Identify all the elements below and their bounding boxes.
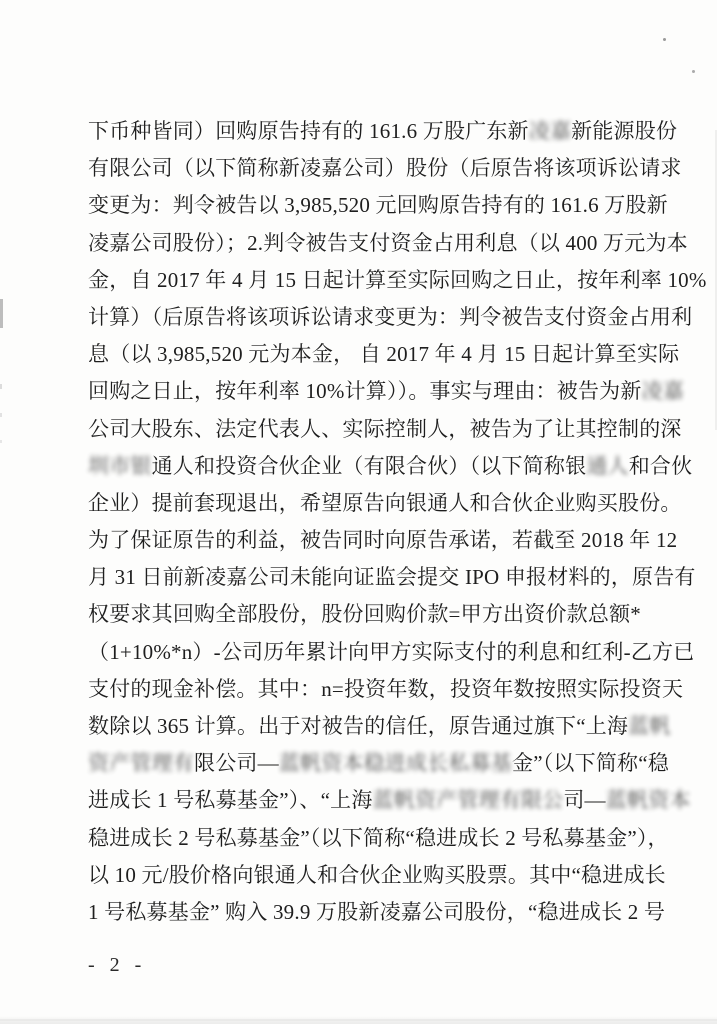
text-segment: 1 号私募基金” 购入 39.9 万股新凌嘉公司股份，“稳进成长 2 号 [88, 900, 665, 924]
scan-edge-mark [0, 440, 2, 443]
text-line: 支付的现金补偿。其中：n=投资年数，投资年数按照实际投资天 [88, 671, 641, 708]
text-line: 权要求其回购全部股份，股份回购价款=甲方出资价款总额* [88, 596, 641, 633]
redacted-text: 资产管理有 [88, 751, 194, 775]
text-line: 息（以 3,985,520 元为本金， 自 2017 年 4 月 15 日起计算… [88, 336, 641, 373]
text-segment: 回购之日止，按年利率 10%计算））。事实与理由：被告为新 [88, 379, 642, 403]
redacted-text: 凌嘉 [529, 119, 571, 143]
text-line: 企业）提前套现退出，希望原告向银通人和合伙企业购买股份。 [88, 485, 641, 522]
text-line: 公司大股东、法定代表人、实际控制人，被告为了让其控制的深 [88, 411, 641, 448]
text-segment: 和合伙 [629, 454, 693, 478]
redacted-text: 圳市银 [88, 454, 152, 478]
text-segment: 支付的现金补偿。其中：n=投资年数，投资年数按照实际投资天 [88, 677, 683, 701]
text-segment: 限公司— [194, 751, 279, 775]
redacted-text: 蓝帆资本 [606, 788, 691, 812]
text-segment: 金，自 2017 年 4 月 15 日起计算至实际回购之日止，按年利率 10% [88, 268, 707, 292]
page-number: - 2 - [88, 954, 146, 977]
document-text: 下币种皆同）回购原告持有的 161.6 万股广东新凌嘉新能源股份有限公司（以下简… [88, 113, 641, 931]
scan-edge-mark [0, 384, 2, 389]
text-line: 1 号私募基金” 购入 39.9 万股新凌嘉公司股份，“稳进成长 2 号 [88, 894, 641, 931]
text-line: 凌嘉公司股份）；2.判令被告支付资金占用利息（以 400 万元为本 [88, 225, 641, 262]
text-line: 数除以 365 计算。出于对被告的信任，原告通过旗下“上海蓝帆 [88, 708, 641, 745]
redacted-text: 蓝帆资产管理有限公 [373, 788, 564, 812]
text-segment: 公司大股东、法定代表人、实际控制人，被告为了让其控制的深 [88, 417, 682, 441]
scan-edge-mark [0, 299, 3, 328]
redacted-text: 通人 [586, 454, 628, 478]
text-line: 有限公司（以下简称新凌嘉公司）股份（后原告将该项诉讼请求 [88, 150, 641, 187]
text-segment: 以 10 元/股价格向银通人和合伙企业购买股票。其中“稳进成长 [88, 863, 666, 887]
text-segment: 企业）提前套现退出，希望原告向银通人和合伙企业购买股份。 [88, 491, 682, 515]
text-line: 变更为：判令被告以 3,985,520 元回购原告持有的 161.6 万股新 [88, 187, 641, 224]
scan-bottom-band [0, 1019, 717, 1021]
text-segment: 数除以 365 计算。出于对被告的信任，原告通过旗下“上海 [88, 714, 628, 738]
text-line: 稳进成长 2 号私募基金”（以下简称“稳进成长 2 号私募基金”）， [88, 820, 641, 857]
text-segment: 司— [563, 788, 605, 812]
text-segment: 金”（以下简称“稳 [512, 751, 669, 775]
text-segment: 为了保证原告的利益，被告同时向原告承诺，若截至 2018 年 12 [88, 528, 677, 552]
text-line: 资产管理有限公司—蓝帆资本稳进成长私募基金”（以下简称“稳 [88, 745, 641, 782]
text-segment: 有限公司（以下简称新凌嘉公司）股份（后原告将该项诉讼请求 [88, 156, 682, 180]
document-page: 下币种皆同）回购原告持有的 161.6 万股广东新凌嘉新能源股份有限公司（以下简… [0, 0, 717, 1024]
text-segment: 息（以 3,985,520 元为本金， 自 2017 年 4 月 15 日起计算… [88, 342, 679, 366]
text-line: 进成长 1 号私募基金”）、“上海蓝帆资产管理有限公司—蓝帆资本 [88, 782, 641, 819]
text-line: 月 31 日前新凌嘉公司未能向证监会提交 IPO 申报材料的，原告有 [88, 559, 641, 596]
text-line: 回购之日止，按年利率 10%计算））。事实与理由：被告为新凌嘉 [88, 373, 641, 410]
text-line: 为了保证原告的利益，被告同时向原告承诺，若截至 2018 年 12 [88, 522, 641, 559]
redacted-text: 凌嘉 [642, 379, 684, 403]
scan-speck [692, 70, 695, 73]
text-segment: （1+10%*n）-公司历年累计向甲方实际支付的利息和红利-乙方已 [88, 640, 694, 664]
text-segment: 变更为：判令被告以 3,985,520 元回购原告持有的 161.6 万股新 [88, 193, 668, 217]
text-line: 金，自 2017 年 4 月 15 日起计算至实际回购之日止，按年利率 10% [88, 262, 641, 299]
text-segment: 计算）（后原告将该项诉讼请求变更为：判令被告支付资金占用利 [88, 305, 692, 329]
text-segment: 通人和投资合伙企业（有限合伙）（以下简称银 [152, 454, 587, 478]
text-segment: 凌嘉公司股份）；2.判令被告支付资金占用利息（以 400 万元为本 [88, 231, 688, 255]
text-line: 下币种皆同）回购原告持有的 161.6 万股广东新凌嘉新能源股份 [88, 113, 641, 150]
text-segment: 稳进成长 2 号私募基金”（以下简称“稳进成长 2 号私募基金”）， [88, 826, 669, 850]
text-line: 圳市银通人和投资合伙企业（有限合伙）（以下简称银通人和合伙 [88, 448, 641, 485]
text-line: 以 10 元/股价格向银通人和合伙企业购买股票。其中“稳进成长 [88, 857, 641, 894]
text-segment: 权要求其回购全部股份，股份回购价款=甲方出资价款总额* [88, 602, 641, 626]
redacted-text: 蓝帆资本稳进成长私募基 [279, 751, 512, 775]
text-line: 计算）（后原告将该项诉讼请求变更为：判令被告支付资金占用利 [88, 299, 641, 336]
text-line: （1+10%*n）-公司历年累计向甲方实际支付的利息和红利-乙方已 [88, 634, 641, 671]
text-segment: 新能源股份 [571, 119, 677, 143]
scan-edge-mark [0, 413, 2, 417]
text-segment: 月 31 日前新凌嘉公司未能向证监会提交 IPO 申报材料的，原告有 [88, 565, 696, 589]
redacted-text: 蓝帆 [628, 714, 670, 738]
scan-speck [663, 38, 666, 41]
text-segment: 下币种皆同）回购原告持有的 161.6 万股广东新 [88, 119, 529, 143]
text-segment: 进成长 1 号私募基金”）、“上海 [88, 788, 373, 812]
